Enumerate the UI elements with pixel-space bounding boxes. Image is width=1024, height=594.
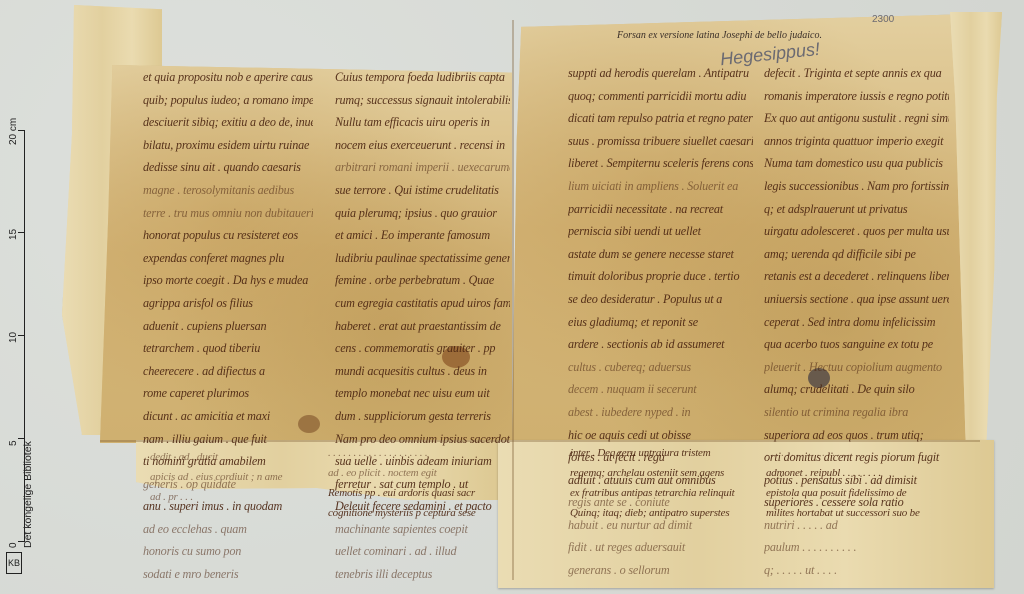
- text-line: mundi acquesitis cultus . deus in: [335, 360, 510, 383]
- text-line: legis successionibus . Nam pro fortissim…: [764, 175, 949, 198]
- text-line: ad . pr . . .: [150, 487, 300, 507]
- scale-tick-10: [18, 335, 25, 336]
- text-line: lium uiciati in ampliens . Soluerit ea: [568, 175, 753, 198]
- text-line: eius gladiumq; et reponit se: [568, 311, 753, 334]
- text-line: desciuerit sibiq; exitiu a deo de, inuen…: [143, 111, 313, 134]
- text-line: ad . eo plicit . noctem egit: [328, 463, 498, 483]
- text-line: Ex quo aut antigonu sustulit . regni sim…: [764, 107, 949, 130]
- text-line: fidit . ut reges aduersauit: [568, 536, 753, 559]
- text-line: uirgatu adolesceret . quos per multa usu…: [764, 220, 949, 243]
- text-line: ipso morte coegit . Da hys e mudea: [143, 269, 313, 292]
- text-line: dedisse sinu ait . quando caesaris: [143, 156, 313, 179]
- text-line: . . . . . . . . . . . . . . . . .: [766, 443, 946, 463]
- text-line: terre . tru mus omniu non dubitaueris: [143, 202, 313, 225]
- text-line: sodati e mro beneris: [143, 563, 313, 586]
- text-line: quia plerumq; ipsius . quo grauior: [335, 202, 510, 225]
- text-line: astate dum se genere necesse staret: [568, 243, 753, 266]
- text-line: epistola qua posuit fidelissimo de: [766, 483, 946, 503]
- text-line: annos triginta quattuor imperio exegit: [764, 130, 949, 153]
- text-line: dum . suppliciorum gesta terreris: [335, 405, 510, 428]
- text-line: defecit . Triginta et septe annis ex qua: [764, 62, 949, 85]
- text-line: et amici . Eo imperante famosum: [335, 224, 510, 247]
- text-line: arbitrari romani imperii . uexecaruma: [335, 156, 510, 179]
- scale-label-0: 0: [8, 542, 19, 548]
- text-line: ceperat . Sed intra domu infelicissim: [764, 311, 949, 334]
- text-line: suppti ad herodis querelam . Antipatru: [568, 62, 753, 85]
- text-line: tetrarchem . quod tiberiu: [143, 337, 313, 360]
- text-line: dicunt . ac amicitia et maxi: [143, 405, 313, 428]
- text-line: templo monebat nec uisu eum uit: [335, 382, 510, 405]
- scale-label-15: 15: [8, 229, 19, 240]
- scale-label-5: 5: [8, 440, 19, 446]
- text-line: q; et adsplrauerunt ut privatus: [764, 198, 949, 221]
- strip-left-text: dedit . ad . ducit apicis ad . eius cord…: [150, 447, 300, 507]
- text-line: Cuius tempora foeda ludibriis capta: [335, 66, 510, 89]
- text-line: . . . . . . . . . . . . . . . . . . . .: [328, 443, 498, 463]
- text-line: timuit doloribus proprie duce . tertio: [568, 265, 753, 288]
- text-line: tenebris illi deceptus: [335, 563, 510, 586]
- text-line: cens . commemoratis grauiter . pp: [335, 337, 510, 360]
- text-column-1: et quia propositu nob e aperire causas q…: [143, 66, 313, 586]
- text-line: ludibriu paulinae spectatissime generis: [335, 247, 510, 270]
- text-line: cheerecere . ad difiectus a: [143, 360, 313, 383]
- strip-right-b-text: . . . . . . . . . . . . . . . . . admone…: [766, 443, 946, 523]
- text-line: inter . Deq zeru untraiura tristem: [570, 443, 750, 463]
- text-line: dicati tam repulso patria et regno pater: [568, 107, 753, 130]
- text-line: rome caperet plurimos: [143, 382, 313, 405]
- shelf-number: 2300: [872, 14, 894, 25]
- text-line: Quinq; itaq; dieb; antipatro superstes: [570, 503, 750, 523]
- text-line: alumq; crudelitati . De quin silo: [764, 378, 949, 401]
- text-line: se deo desideratur . Populus ut a: [568, 288, 753, 311]
- text-line: honorat populus cu resisteret eos: [143, 224, 313, 247]
- modern-handwritten-note: Forsan ex versione latina Josephi de bel…: [617, 30, 822, 41]
- text-line: apicis ad . eius cordiuit ; n ame: [150, 467, 300, 487]
- text-line: haberet . erat aut praestantissim de: [335, 315, 510, 338]
- scale-label-20cm: 20 cm: [8, 118, 19, 145]
- text-line: sue terrore . Qui istime crudelitatis: [335, 179, 510, 202]
- text-line: admonet . reipubl . . . . . . . .: [766, 463, 946, 483]
- text-line: ardere . sectionis ab id assumeret: [568, 333, 753, 356]
- strip-right-a-text: inter . Deq zeru untraiura tristem regem…: [570, 443, 750, 523]
- text-line: cognitione mysteriis p ceptura sese: [328, 503, 498, 523]
- center-fold-crease: [512, 20, 514, 580]
- scale-tick-20: [18, 130, 25, 131]
- text-line: liberet . Sempiternu sceleris ferens con…: [568, 152, 753, 175]
- text-line: Nullu tam efficacis uiru operis in: [335, 111, 510, 134]
- institution-label: Det kongelige Bibliotek: [22, 441, 34, 548]
- text-line: ex fratribus antipas tetrarchia relinqui…: [570, 483, 750, 503]
- strip-mid-text: . . . . . . . . . . . . . . . . . . . . …: [328, 443, 498, 523]
- text-line: nocem eius exerceuerunt . recensi in: [335, 134, 510, 157]
- text-line: bilatu, proximu esidem uirtu ruinae: [143, 134, 313, 157]
- text-line: Remotis pp . eui ardoris quasi sacr: [328, 483, 498, 503]
- text-line: dedit . ad . ducit: [150, 447, 300, 467]
- text-line: uellet cominari . ad . illud: [335, 540, 510, 563]
- scale-tick-15: [18, 232, 25, 233]
- kb-crown-logo-icon: KB: [6, 552, 22, 574]
- text-line: qua acerbo tuos sanguine ex totu pe: [764, 333, 949, 356]
- text-line: perniscia sibi uendi ut uellet: [568, 220, 753, 243]
- text-line: q; . . . . . ut . . . .: [764, 559, 949, 582]
- text-line: magne . terosolymitanis aedibus: [143, 179, 313, 202]
- text-line: amq; uerenda qd difficile sibi pe: [764, 243, 949, 266]
- text-line: retanis est a decederet . relinquens lib…: [764, 265, 949, 288]
- text-line: aduenit . cupiens pluersan: [143, 315, 313, 338]
- measurement-scale: 0 5 10 15 20 cm Det kongelige Bibliotek …: [0, 0, 40, 594]
- text-line: cultus . cubereq; aduersus: [568, 356, 753, 379]
- text-line: romanis imperatore iussis e regno potitu…: [764, 85, 949, 108]
- text-line: cum egregia castitatis apud uiros famu: [335, 292, 510, 315]
- text-line: silentio ut crimina regalia ibra: [764, 401, 949, 424]
- text-line: regemq; archelau osteniit sem agens: [570, 463, 750, 483]
- text-line: ad eo ecclehas . quam: [143, 518, 313, 541]
- text-line: parricidii necessitate . na recreat: [568, 198, 753, 221]
- text-line: agrippa arisfol os filius: [143, 292, 313, 315]
- text-line: honoris cu sumo pon: [143, 540, 313, 563]
- text-line: abest . iubedere nyped . in: [568, 401, 753, 424]
- text-line: pleuerit . Hectuu copiolium augmento: [764, 356, 949, 379]
- text-line: femine . orbe perbebratum . Quae: [335, 269, 510, 292]
- text-line: expendas conferet magnes plu: [143, 247, 313, 270]
- text-line: quib; populus iudeo; a romano imperio: [143, 89, 313, 112]
- text-line: generans . o sellorum: [568, 559, 753, 582]
- scale-label-10: 10: [8, 332, 19, 343]
- text-line: uniuersis sectione . qua ipse assunt uer…: [764, 288, 949, 311]
- text-line: suus . promissa tribuere siuellet caesar…: [568, 130, 753, 153]
- text-line: rumq; successus signauit intolerabilis: [335, 89, 510, 112]
- scale-tick-5: [18, 438, 25, 439]
- logo-text: KB: [8, 558, 20, 568]
- text-line: milites hortabat ut successori suo be: [766, 503, 946, 523]
- text-line: et quia propositu nob e aperire causas: [143, 66, 313, 89]
- text-line: paulum . . . . . . . . . .: [764, 536, 949, 559]
- text-line: decem . nuquam ii secerunt: [568, 378, 753, 401]
- text-line: quoq; commenti parricidii mortu adiu: [568, 85, 753, 108]
- text-line: Numa tam domestico usu qua publicis: [764, 152, 949, 175]
